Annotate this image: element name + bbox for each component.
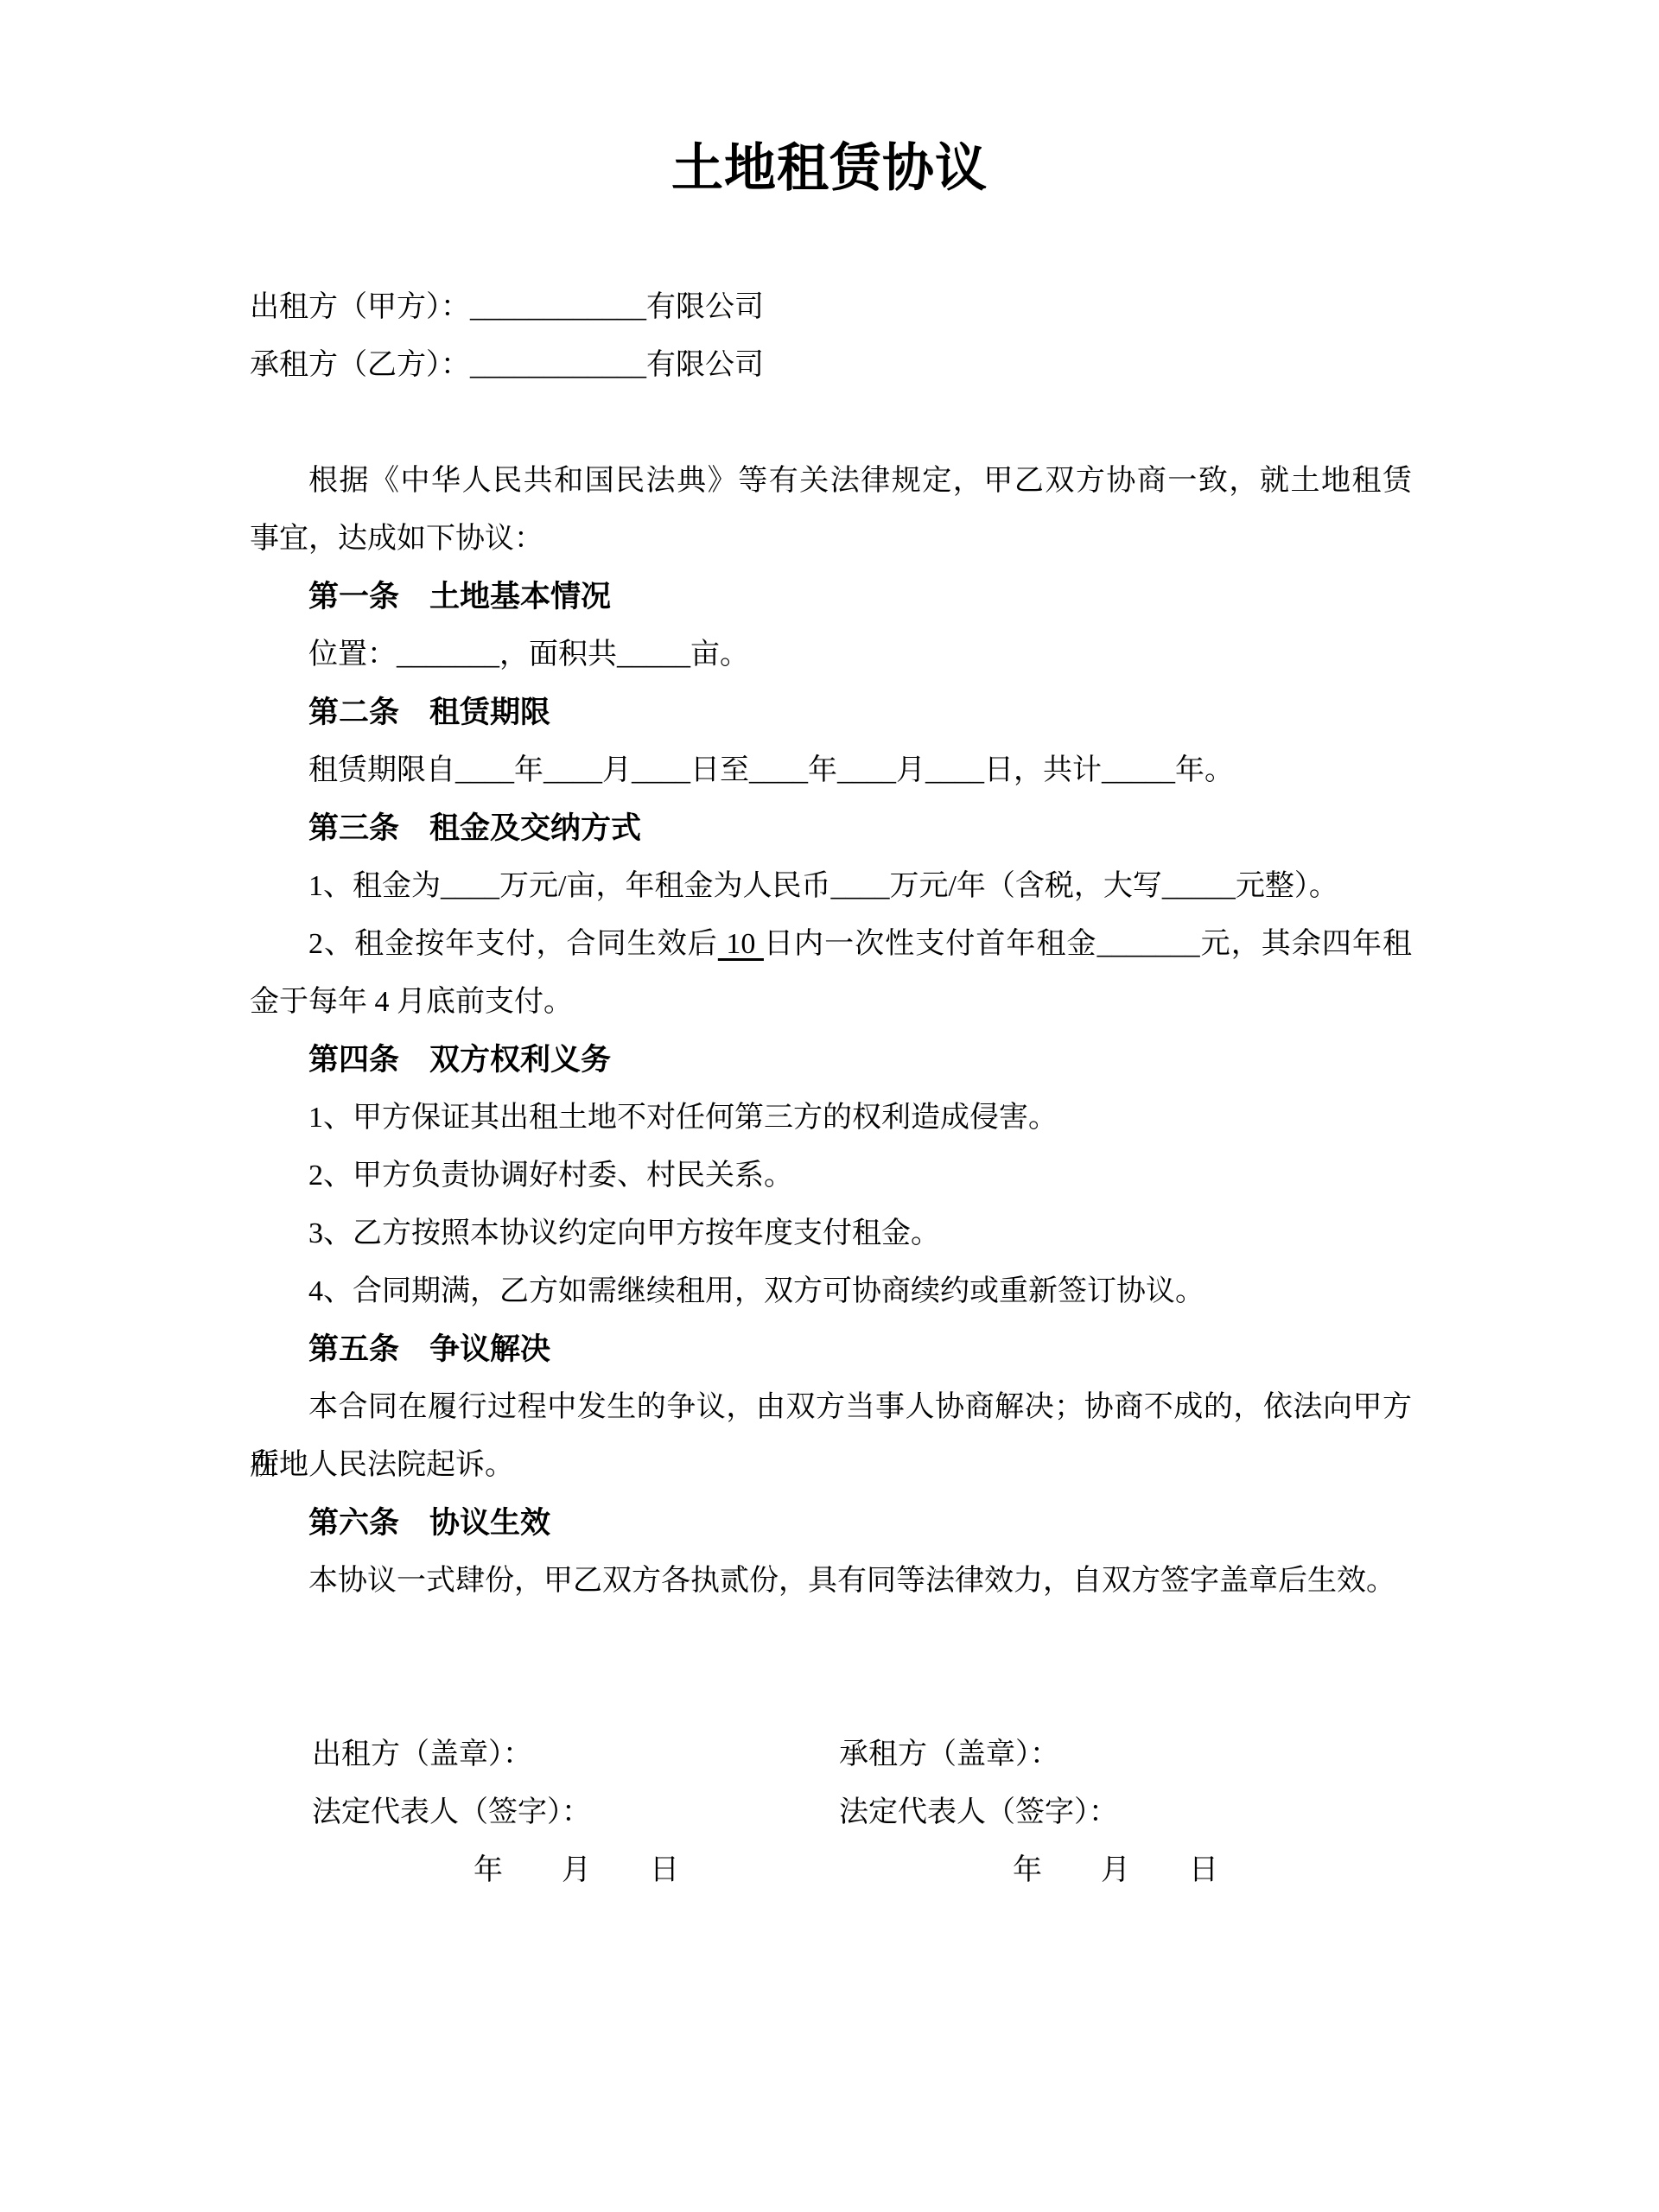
article-3-item-2-line-2: 金于每年 4 月底前支付。 (250, 973, 1412, 1031)
article-4-heading: 第四条 双方权利义务 (250, 1031, 1412, 1089)
article-5-heading: 第五条 争议解决 (250, 1320, 1412, 1378)
article-1-location-line: 位置：_______，面积共_____亩。 (250, 626, 1412, 683)
article-4-item-4: 4、合同期满，乙方如需继续租用，双方可协商续约或重新签订协议。 (250, 1262, 1412, 1320)
lessee-seal-label: 承租方（盖章）： (839, 1726, 1059, 1783)
article-5-body-line-1: 本合同在履行过程中发生的争议，由双方当事人协商解决；协商不成的，依法向甲方所 (250, 1378, 1412, 1436)
article-3-heading: 第三条 租金及交纳方式 (250, 799, 1412, 857)
item-2-underlined-10: 10 (718, 928, 764, 960)
lessee-representative-label: 法定代表人（签字）： (839, 1783, 1118, 1841)
article-3-item-1: 1、租金为____万元/亩，年租金为人民币____万元/年（含税，大写_____… (250, 857, 1412, 915)
article-6-heading: 第六条 协议生效 (250, 1494, 1412, 1552)
article-5-body-line-2: 在地人民法院起诉。 (250, 1436, 1412, 1494)
preamble-line-1: 根据《中华人民共和国民法典》等有关法律规定，甲乙双方协商一致，就土地租赁 (250, 452, 1412, 510)
article-2-heading: 第二条 租赁期限 (250, 683, 1412, 741)
signature-date-row: 年 月 日 年 月 日 (250, 1841, 1412, 1899)
blank-line (250, 1610, 1412, 1668)
party-a-line: 出租方（甲方）：____________有限公司 (250, 278, 1412, 336)
signature-seal-row: 出租方（盖章）： 承租方（盖章）： (250, 1726, 1412, 1783)
party-b-line: 承租方（乙方）：____________有限公司 (250, 336, 1412, 394)
item-2-text-before: 2、租金按年支付，合同生效后 (308, 928, 718, 960)
article-4-item-1: 1、甲方保证其出租土地不对任何第三方的权利造成侵害。 (250, 1089, 1412, 1147)
item-2-text-after: 日内一次性支付首年租金_______元，其余四年租 (764, 928, 1412, 960)
article-3-item-2-line-1: 2、租金按年支付，合同生效后 10 日内一次性支付首年租金_______元，其余… (250, 915, 1412, 973)
article-4-item-2: 2、甲方负责协调好村委、村民关系。 (250, 1147, 1412, 1205)
document-title: 土地租赁协议 (0, 130, 1659, 207)
document-body: 出租方（甲方）：____________有限公司 承租方（乙方）：_______… (250, 278, 1412, 1899)
lessor-representative-label: 法定代表人（签字）： (312, 1783, 591, 1841)
contract-page: 土地租赁协议 出租方（甲方）：____________有限公司 承租方（乙方）：… (0, 0, 1659, 2212)
article-2-term-line: 租赁期限自____年____月____日至____年____月____日，共计_… (250, 741, 1412, 799)
blank-line (250, 1668, 1412, 1726)
lessor-date-label: 年 月 日 (474, 1841, 679, 1899)
blank-line (250, 394, 1412, 452)
article-6-body: 本协议一式肆份，甲乙双方各执贰份，具有同等法律效力，自双方签字盖章后生效。 (250, 1552, 1412, 1610)
article-1-heading: 第一条 土地基本情况 (250, 568, 1412, 626)
lessee-date-label: 年 月 日 (1013, 1841, 1218, 1899)
preamble-line-2: 事宜，达成如下协议： (250, 510, 1412, 568)
signature-representative-row: 法定代表人（签字）： 法定代表人（签字）： (250, 1783, 1412, 1841)
lessor-seal-label: 出租方（盖章）： (312, 1726, 532, 1783)
article-4-item-3: 3、乙方按照本协议约定向甲方按年度支付租金。 (250, 1205, 1412, 1262)
